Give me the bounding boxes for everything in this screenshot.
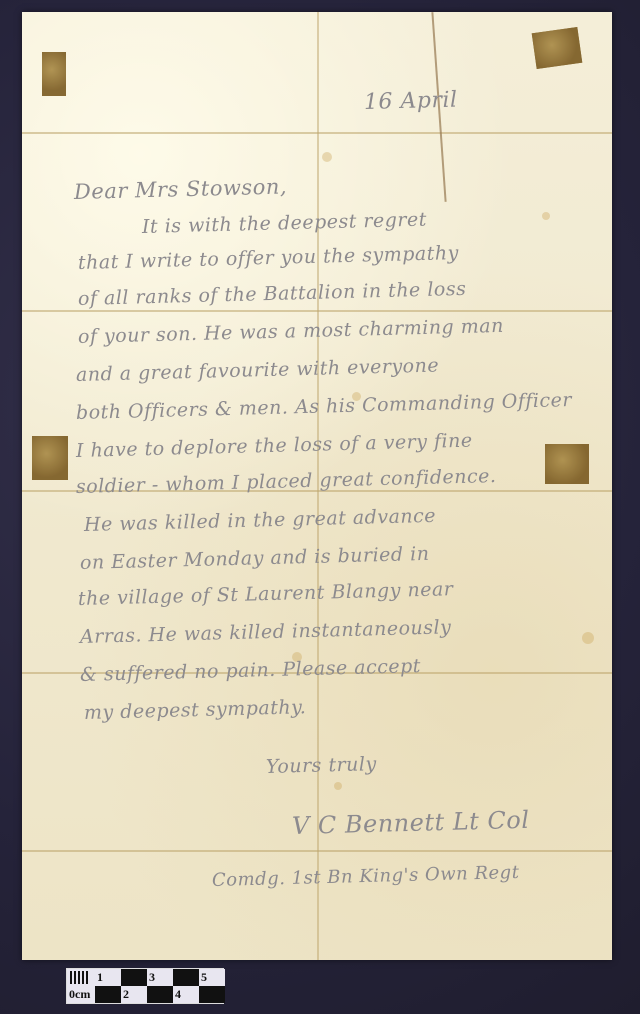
letter-line: both Officers & men. As his Commanding O…	[76, 389, 572, 424]
adhesive-tape-mark	[532, 27, 583, 69]
letter-line: and a great favourite with everyone	[76, 354, 440, 385]
letter-signature: V C Bennett Lt Col	[292, 806, 530, 840]
letter-line: Arras. He was killed instantaneously	[80, 616, 452, 648]
foxing-stain	[582, 632, 594, 644]
measurement-scale: 1 3 5 0cm 2 4	[66, 968, 224, 1004]
scale-block	[121, 969, 147, 986]
letter-line: of your son. He was a most charming man	[78, 315, 504, 348]
adhesive-tape-mark	[32, 436, 68, 480]
letter-line: It is with the deepest regret	[142, 209, 427, 238]
foxing-stain	[542, 212, 550, 220]
scale-unit-label: 0cm	[67, 986, 95, 1003]
letter-line: I have to deplore the loss of a very fin…	[76, 430, 473, 462]
letter-closing: Yours truly	[266, 753, 377, 778]
adhesive-tape-mark	[545, 444, 589, 484]
letter-date: 16 April	[364, 88, 458, 115]
letter-line: that I write to offer you the sympathy	[78, 242, 459, 274]
letter-line: on Easter Monday and is buried in	[80, 543, 430, 574]
scale-block	[199, 986, 225, 1003]
scale-label-5: 5	[199, 969, 225, 986]
letter-line: of all ranks of the Battalion in the los…	[78, 278, 467, 310]
letter-line: He was killed in the great advance	[84, 505, 437, 536]
letter-paper: 16 April Dear Mrs Stowson, It is with th…	[22, 12, 612, 960]
letter-line: soldier - whom I placed great confidence…	[76, 465, 497, 498]
scale-block	[95, 986, 121, 1003]
adhesive-tape-mark	[42, 52, 66, 96]
letter-salutation: Dear Mrs Stowson,	[74, 174, 288, 204]
letter-line: & suffered no pain. Please accept	[80, 655, 421, 686]
scale-block	[147, 986, 173, 1003]
scale-label-1: 1	[95, 969, 121, 986]
foxing-stain	[334, 782, 342, 790]
scale-label-3: 3	[147, 969, 173, 986]
scale-block	[173, 969, 199, 986]
foxing-stain	[322, 152, 332, 162]
letter-line: the village of St Laurent Blangy near	[78, 578, 454, 610]
scale-label-2: 2	[121, 986, 147, 1003]
signature-title: Comdg. 1st Bn King's Own Regt	[212, 862, 520, 891]
scale-label-4: 4	[173, 986, 199, 1003]
letter-line: my deepest sympathy.	[84, 696, 307, 724]
scale-ticks	[67, 969, 95, 986]
